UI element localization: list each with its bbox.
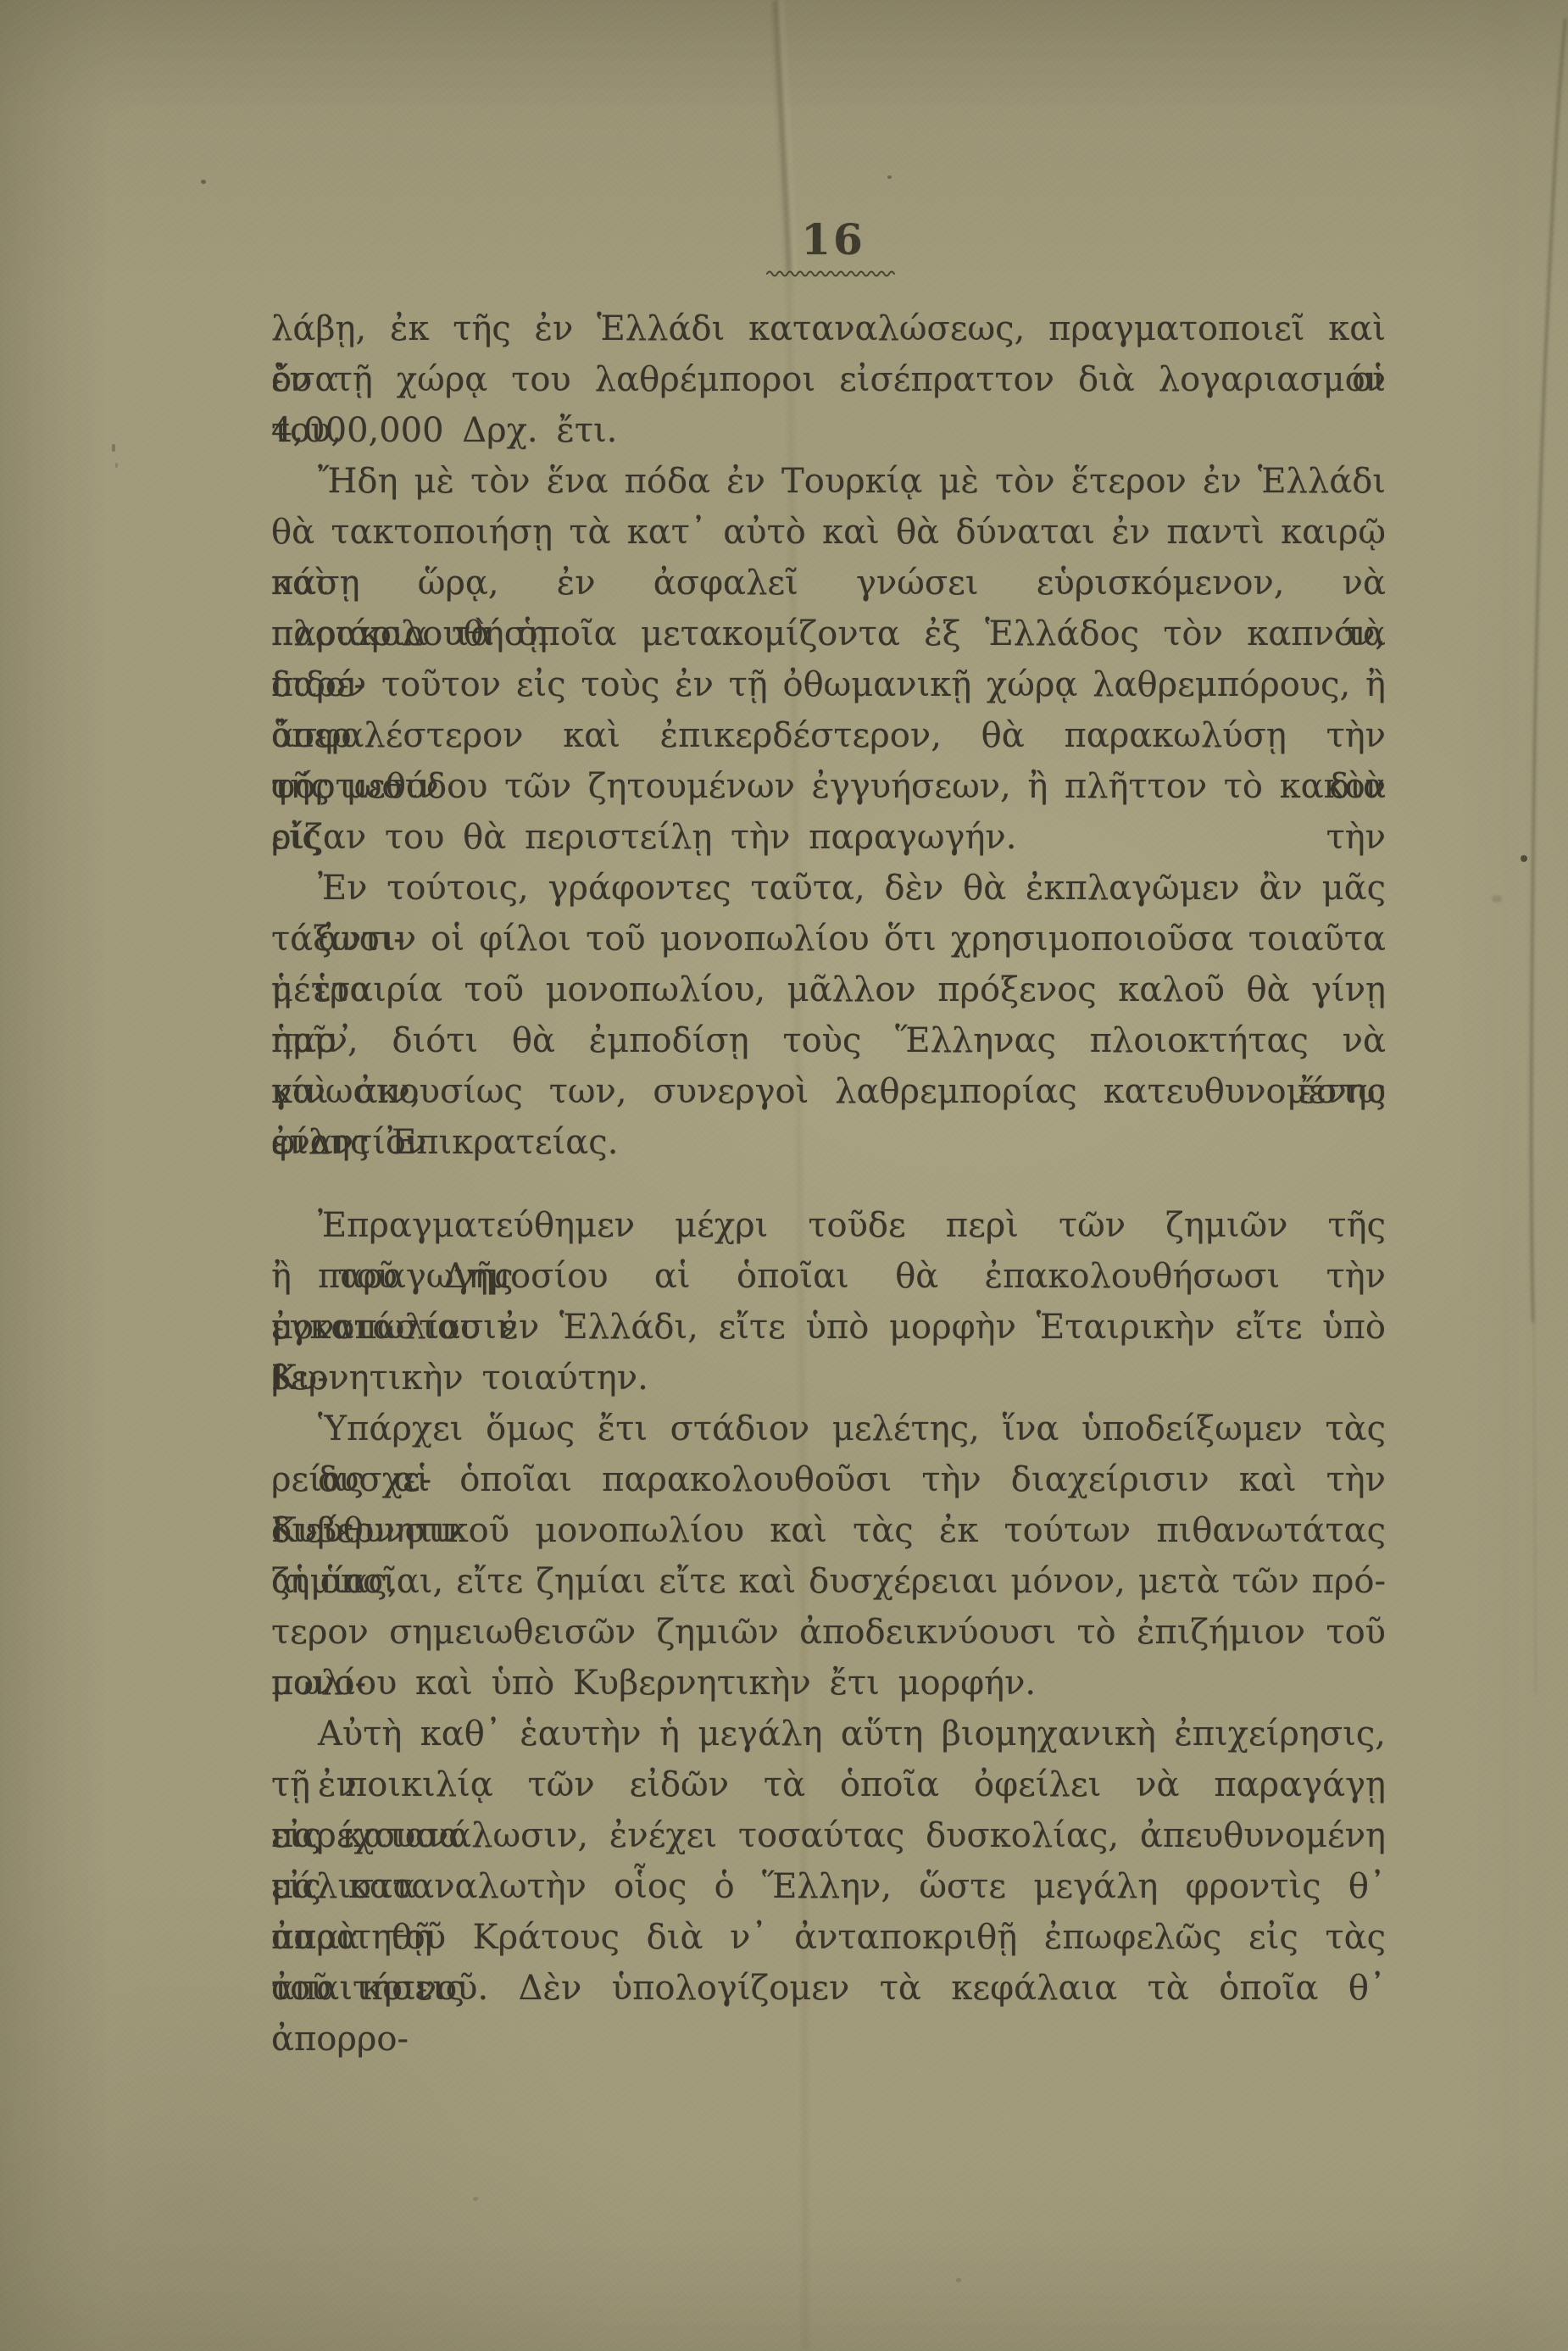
text-line: θὰ τακτοποιήσῃ τὰ κατ᾽ αὐτὸ καὶ θὰ δύνατ… xyxy=(271,507,1386,558)
text-line: τερον σημειωθεισῶν ζημιῶν ἀποδεικνύουσι … xyxy=(271,1607,1386,1658)
paper-speck xyxy=(473,2197,478,2201)
text-line: τοῦ κοινοῦ. Δὲν ὑπολογίζομεν τὰ κεφάλαια… xyxy=(271,1963,1386,2014)
paper-smudge xyxy=(1492,895,1502,903)
scanned-page: 16 λάβῃ, ἐκ τῆς ἐν Ἑλλάδι καταναλώσεως, … xyxy=(0,0,1568,2351)
text-line: ρείας αἱ ὁποῖαι παρακολουθοῦσι τὴν διαχε… xyxy=(271,1454,1386,1505)
paper-speck xyxy=(115,463,118,468)
text-line: πλοιάρια τὰ ὁποῖα μετακομίζοντα ἐξ Ἑλλάδ… xyxy=(271,609,1386,659)
text-line: Ἐπραγματεύθημεν μέχρι τοῦδε περὶ τῶν ζημ… xyxy=(271,1200,1386,1251)
text-line: παρὰ τοῦ Κράτους διὰ ν᾽ ἀνταποκριθῇ ἐπωφ… xyxy=(271,1912,1386,1963)
page-number: 16 xyxy=(765,219,901,261)
wavy-underline-icon xyxy=(765,266,901,278)
paper-speck xyxy=(887,175,892,179)
text-line: πάσῃ ὥρᾳ, ἐν ἀσφαλεῖ γνώσει εὑρισκόμενον… xyxy=(271,558,1386,609)
text-line: εἰς κατανάλωσιν, ἐνέχει τοσαύτας δυσκολί… xyxy=(271,1810,1386,1861)
text-line: διδον τοῦτον εἰς τοὺς ἐν τῇ ὀθωμανικῇ χώ… xyxy=(271,659,1386,710)
paragraph: λάβῃ, ἐκ τῆς ἐν Ἑλλάδι καταναλώσεως, πρα… xyxy=(271,303,1386,456)
text-line: βερνητικὴν τοιαύτην. xyxy=(271,1353,1386,1403)
paragraph: Ὑπάρχει ὅμως ἔτι στάδιον μελέτης, ἵνα ὑπ… xyxy=(271,1403,1386,1709)
text-line: Ἤδη μὲ τὸν ἕνα πόδα ἐν Τουρκίᾳ μὲ τὸν ἕτ… xyxy=(271,456,1386,507)
paragraph: Ἤδη μὲ τὸν ἕνα πόδα ἐν Τουρκίᾳ μὲ τὸν ἕτ… xyxy=(271,456,1386,863)
text-line: 4,000,000 Δρχ. ἔτι. xyxy=(271,405,1386,456)
text-line: μονοπωλίου ἐν Ἑλλάδι, εἴτε ὑπὸ μορφὴν Ἑτ… xyxy=(271,1302,1386,1353)
text-line: τῇ ποικιλίᾳ τῶν εἰδῶν τὰ ὁποῖα ὀφείλει ν… xyxy=(271,1759,1386,1810)
text-line: ἡμῖν, διότι θὰ ἐμποδίσῃ τοὺς Ἕλληνας πλο… xyxy=(271,1015,1386,1066)
paper-speck xyxy=(1521,855,1527,862)
text-line: φίλης Ἐπικρατείας. xyxy=(271,1117,1386,1168)
page-header: 16 xyxy=(765,219,901,278)
text-line: τῆς μεθόδου τῶν ζητουμένων ἐγγυήσεων, ἢ … xyxy=(271,761,1386,812)
text-line: αἱ ὁποῖαι, εἴτε ζημίαι εἴτε καὶ δυσχέρει… xyxy=(271,1556,1386,1607)
paper-speck xyxy=(112,444,115,452)
text-line: ἐν τῇ χώρᾳ του λαθρέμποροι εἰσέπραττον δ… xyxy=(271,354,1386,405)
paragraph: Ἐν τούτοις, γράφοντες ταῦτα, δὲν θὰ ἐκπλ… xyxy=(271,863,1386,1168)
text-line: Ὑπάρχει ὅμως ἔτι στάδιον μελέτης, ἵνα ὑπ… xyxy=(271,1403,1386,1454)
text-line: ἡ ἑταιρία τοῦ μονοπωλίου, μᾶλλον πρόξενο… xyxy=(271,964,1386,1015)
page-text: λάβῃ, ἐκ τῆς ἐν Ἑλλάδι καταναλώσεως, πρα… xyxy=(271,303,1386,2014)
text-line: Κυβερνητικοῦ μονοπωλίου καὶ τὰς ἐκ τούτω… xyxy=(271,1505,1386,1556)
text-line: λάβῃ, ἐκ τῆς ἐν Ἑλλάδι καταναλώσεως, πρα… xyxy=(271,303,1386,354)
text-line: καὶ ἀκουσίως των, συνεργοὶ λαθρεμπορίας … xyxy=(271,1066,1386,1117)
paper-speck xyxy=(201,180,206,184)
paper-speck xyxy=(956,2278,961,2282)
text-line: πωλίου καὶ ὑπὸ Κυβερνητικὴν ἔτι μορφήν. xyxy=(271,1658,1386,1709)
text-line: Ἐν τούτοις, γράφοντες ταῦτα, δὲν θὰ ἐκπλ… xyxy=(271,863,1386,914)
text-line: Αὐτὴ καθ᾽ ἑαυτὴν ἡ μεγάλη αὕτη βιομηχανι… xyxy=(271,1709,1386,1759)
text-line: εἰς καταναλωτὴν οἷος ὁ Ἕλλην, ὥστε μεγάλ… xyxy=(271,1861,1386,1912)
paragraph: Ἐπραγματεύθημεν μέχρι τοῦδε περὶ τῶν ζημ… xyxy=(271,1200,1386,1403)
paragraph: Αὐτὴ καθ᾽ ἑαυτὴν ἡ μεγάλη αὕτη βιομηχανι… xyxy=(271,1709,1386,2014)
text-line: ἢ τοῦ Δημοσίου αἱ ὁποῖαι θὰ ἐπακολουθήσω… xyxy=(271,1251,1386,1302)
text-line: ἀσφαλέστερον καὶ ἐπικερδέστερον, θὰ παρα… xyxy=(271,710,1386,761)
text-line: τάξωσιν οἱ φίλοι τοῦ μονοπωλίου ὅτι χρησ… xyxy=(271,914,1386,964)
